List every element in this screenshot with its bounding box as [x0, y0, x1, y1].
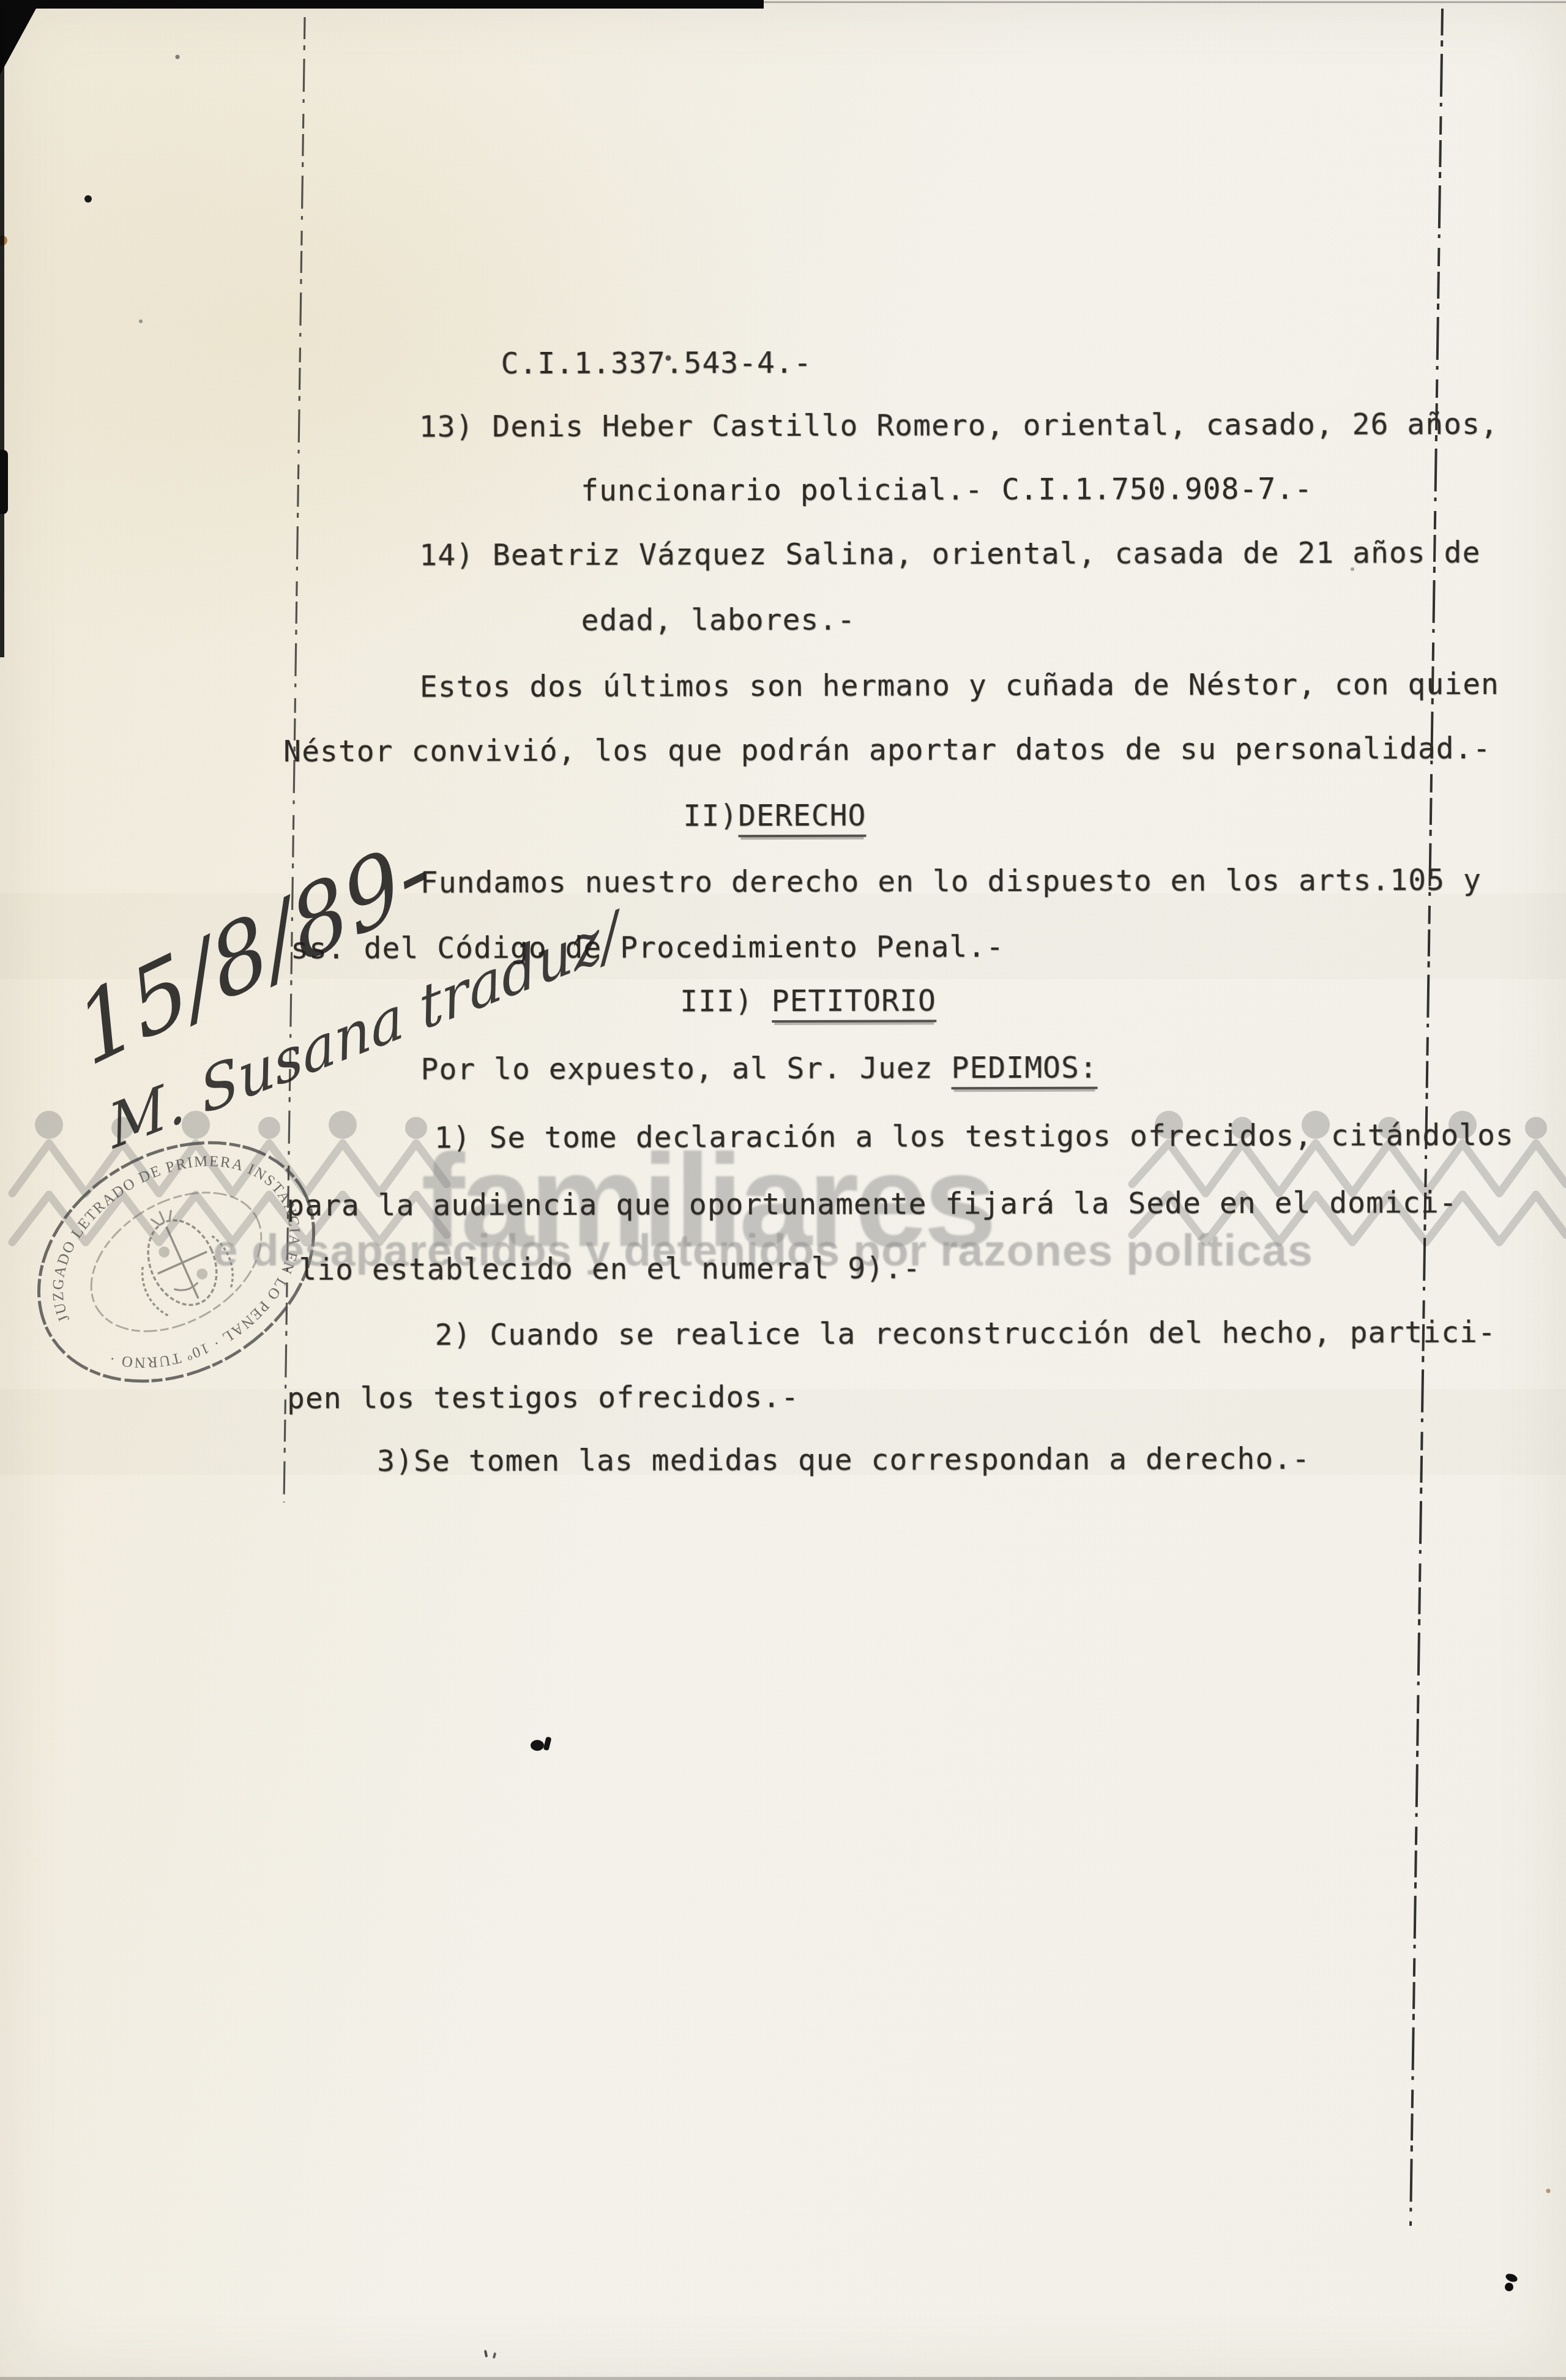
typed-line-hermanos-1: Estos dos últimos son hermano y cuñada d…	[420, 667, 1499, 704]
pedimos-word: PEDIMOS:	[951, 1051, 1097, 1090]
typed-text-layer: C.I.1.337.543-4.- 13) Denis Heber Castil…	[0, 0, 1566, 2380]
typed-line-witness14-2: edad, labores.-	[581, 603, 856, 638]
pedimos-prefix: Por lo expuesto, al Sr. Juez	[420, 1051, 951, 1086]
typed-line-item2-2: pen los testigos ofrecidos.-	[287, 1380, 799, 1416]
typed-heading-petitorio: III) PETITORIO	[680, 983, 936, 1018]
typed-line-witness13-2: funcionario policial.- C.I.1.750.908-7.-	[581, 472, 1313, 508]
typed-line-item1-1: 1) Se tome declaración a los testigos of…	[434, 1118, 1514, 1155]
scanned-legal-document: JUZGADO LETRADO DE PRIMERA INSTANCIA EN …	[0, 0, 1566, 2380]
typed-heading-derecho: II)DERECHO	[683, 799, 866, 834]
typed-line-item3-1: 3)Se tomen las medidas que correspondan …	[377, 1442, 1310, 1479]
typed-line-item2-1: 2) Cuando se realice la reconstrucción d…	[435, 1315, 1496, 1352]
scan-edge-top	[0, 0, 764, 9]
typed-line-item1-2: para la audiencia que oportunamente fija…	[286, 1185, 1458, 1223]
typed-line-witness13-1: 13) Denis Heber Castillo Romero, orienta…	[419, 407, 1499, 444]
typed-line-derecho-1: Fundamos nuestro derecho en lo dispuesto…	[420, 863, 1482, 900]
heading-petitorio-prefix: III)	[680, 984, 772, 1018]
heading-derecho-prefix: II)	[683, 799, 738, 833]
typed-line-item1-3: lio establecido en el numeral 9).-	[299, 1251, 921, 1287]
scan-edge-top-thin	[764, 1, 1566, 3]
scan-edge-left-bump	[0, 450, 8, 514]
scan-edge-left	[0, 9, 4, 657]
heading-derecho-title: DERECHO	[738, 799, 866, 838]
scan-edge-bottom	[0, 2377, 1566, 2380]
typed-line-pedimos: Por lo expuesto, al Sr. Juez PEDIMOS:	[420, 1051, 1097, 1087]
heading-petitorio-title: PETITORIO	[772, 983, 936, 1023]
typed-line-witness14-1: 14) Beatriz Vázquez Salina, oriental, ca…	[419, 535, 1480, 573]
typed-line-hermanos-2: Néstor convivió, los que podrán aportar …	[283, 731, 1491, 769]
typed-line-cedula: C.I.1.337.543-4.-	[501, 346, 811, 381]
